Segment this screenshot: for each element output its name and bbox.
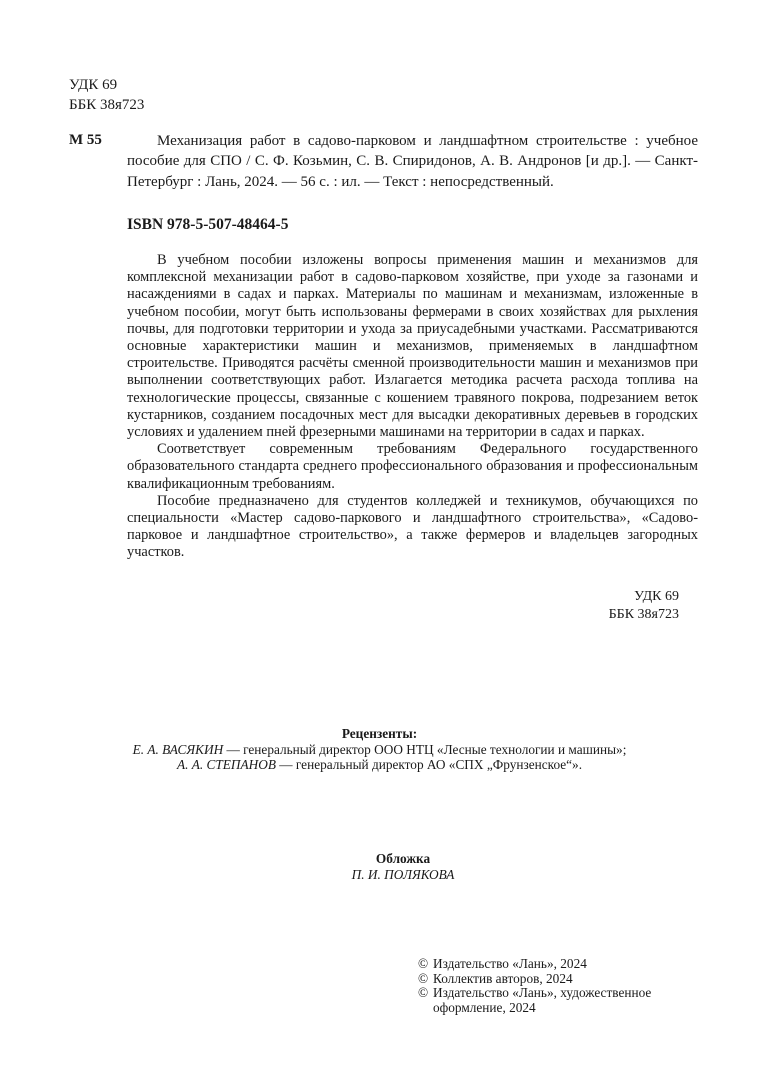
- classification-bottom: УДК 69 ББК 38я723: [609, 588, 679, 624]
- reviewer-role: — генеральный директор ООО НТЦ «Лесные т…: [223, 742, 626, 757]
- bbk-code: ББК 38я723: [69, 95, 144, 115]
- copyright-icon: ©: [418, 986, 433, 1015]
- copyright-icon: ©: [418, 957, 433, 972]
- copyright-line: © Издательство «Лань», 2024: [418, 957, 673, 972]
- reviewer-role: — генеральный директор АО «СПХ „Фрунзенс…: [276, 757, 582, 772]
- abstract-paragraph: Пособие предназначено для студентов колл…: [127, 493, 698, 562]
- cover-heading: Обложка: [0, 851, 759, 867]
- udk-code: УДК 69: [69, 75, 144, 95]
- classification-top: УДК 69 ББК 38я723: [69, 75, 144, 115]
- copyright-line: © Коллектив авторов, 2024: [418, 972, 673, 987]
- reviewer-name: А. А. СТЕПАНОВ: [177, 757, 276, 772]
- copyright-line: © Издательство «Лань», художественное оф…: [418, 986, 673, 1015]
- copyright-text: Издательство «Лань», 2024: [433, 957, 673, 972]
- bibliographic-record: Механизация работ в садово-парковом и ла…: [127, 131, 698, 192]
- reviewer-item: Е. А. ВАСЯКИН — генеральный директор ООО…: [0, 742, 759, 758]
- abstract-paragraph: В учебном пособии изложены вопросы приме…: [127, 252, 698, 441]
- reviewers-heading: Рецензенты:: [0, 726, 759, 742]
- isbn: ISBN 978-5-507-48464-5: [127, 216, 288, 234]
- reviewer-item: А. А. СТЕПАНОВ — генеральный директор АО…: [0, 757, 759, 773]
- reviewer-name: Е. А. ВАСЯКИН: [133, 742, 224, 757]
- cover-credit: Обложка П. И. ПОЛЯКОВА: [0, 851, 759, 883]
- author-code: М 55: [69, 132, 102, 149]
- copyright-text: Издательство «Лань», художественное офор…: [433, 986, 673, 1015]
- copyright-text: Коллектив авторов, 2024: [433, 972, 673, 987]
- bbk-code: ББК 38я723: [609, 606, 679, 624]
- udk-code: УДК 69: [609, 588, 679, 606]
- copyright-icon: ©: [418, 972, 433, 987]
- reviewers-block: Рецензенты: Е. А. ВАСЯКИН — генеральный …: [0, 726, 759, 773]
- cover-artist: П. И. ПОЛЯКОВА: [0, 867, 759, 883]
- copyright-block: © Издательство «Лань», 2024 © Коллектив …: [418, 957, 673, 1015]
- abstract: В учебном пособии изложены вопросы приме…: [127, 252, 698, 562]
- abstract-paragraph: Соответствует современным требованиям Фе…: [127, 441, 698, 493]
